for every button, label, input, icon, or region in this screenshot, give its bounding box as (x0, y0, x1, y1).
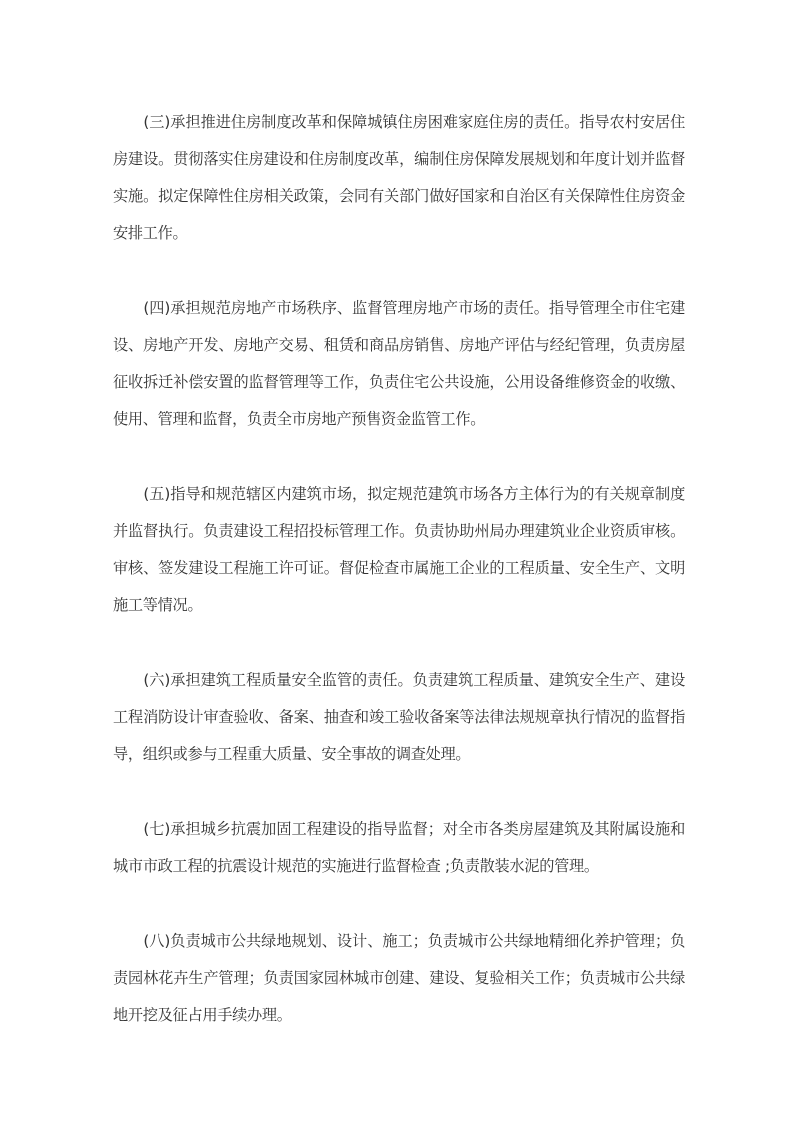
paragraph-housing-reform: (三)承担推进住房制度改革和保障城镇住房困难家庭住房的责任。指导农村安居住房建设… (113, 104, 685, 252)
document-page: (三)承担推进住房制度改革和保障城镇住房困难家庭住房的责任。指导农村安居住房建设… (113, 104, 685, 1072)
paragraph-public-green-space: (八)负责城市公共绿地规划、设计、施工；负责城市公共绿地精细化养护管理；负责园林… (113, 923, 685, 1034)
paragraph-construction-market: (五)指导和规范辖区内建筑市场，拟定规范建筑市场各方主体行为的有关规章制度并监督… (113, 476, 685, 624)
paragraph-construction-quality-safety: (六)承担建筑工程质量安全监管的责任。负责建筑工程质量、建筑安全生产、建设工程消… (113, 662, 685, 773)
paragraph-seismic-reinforcement: (七)承担城乡抗震加固工程建设的指导监督；对全市各类房屋建筑及其附属设施和城市市… (113, 811, 685, 885)
paragraph-real-estate-market: (四)承担规范房地产市场秩序、监督管理房地产市场的责任。指导管理全市住宅建设、房… (113, 290, 685, 438)
